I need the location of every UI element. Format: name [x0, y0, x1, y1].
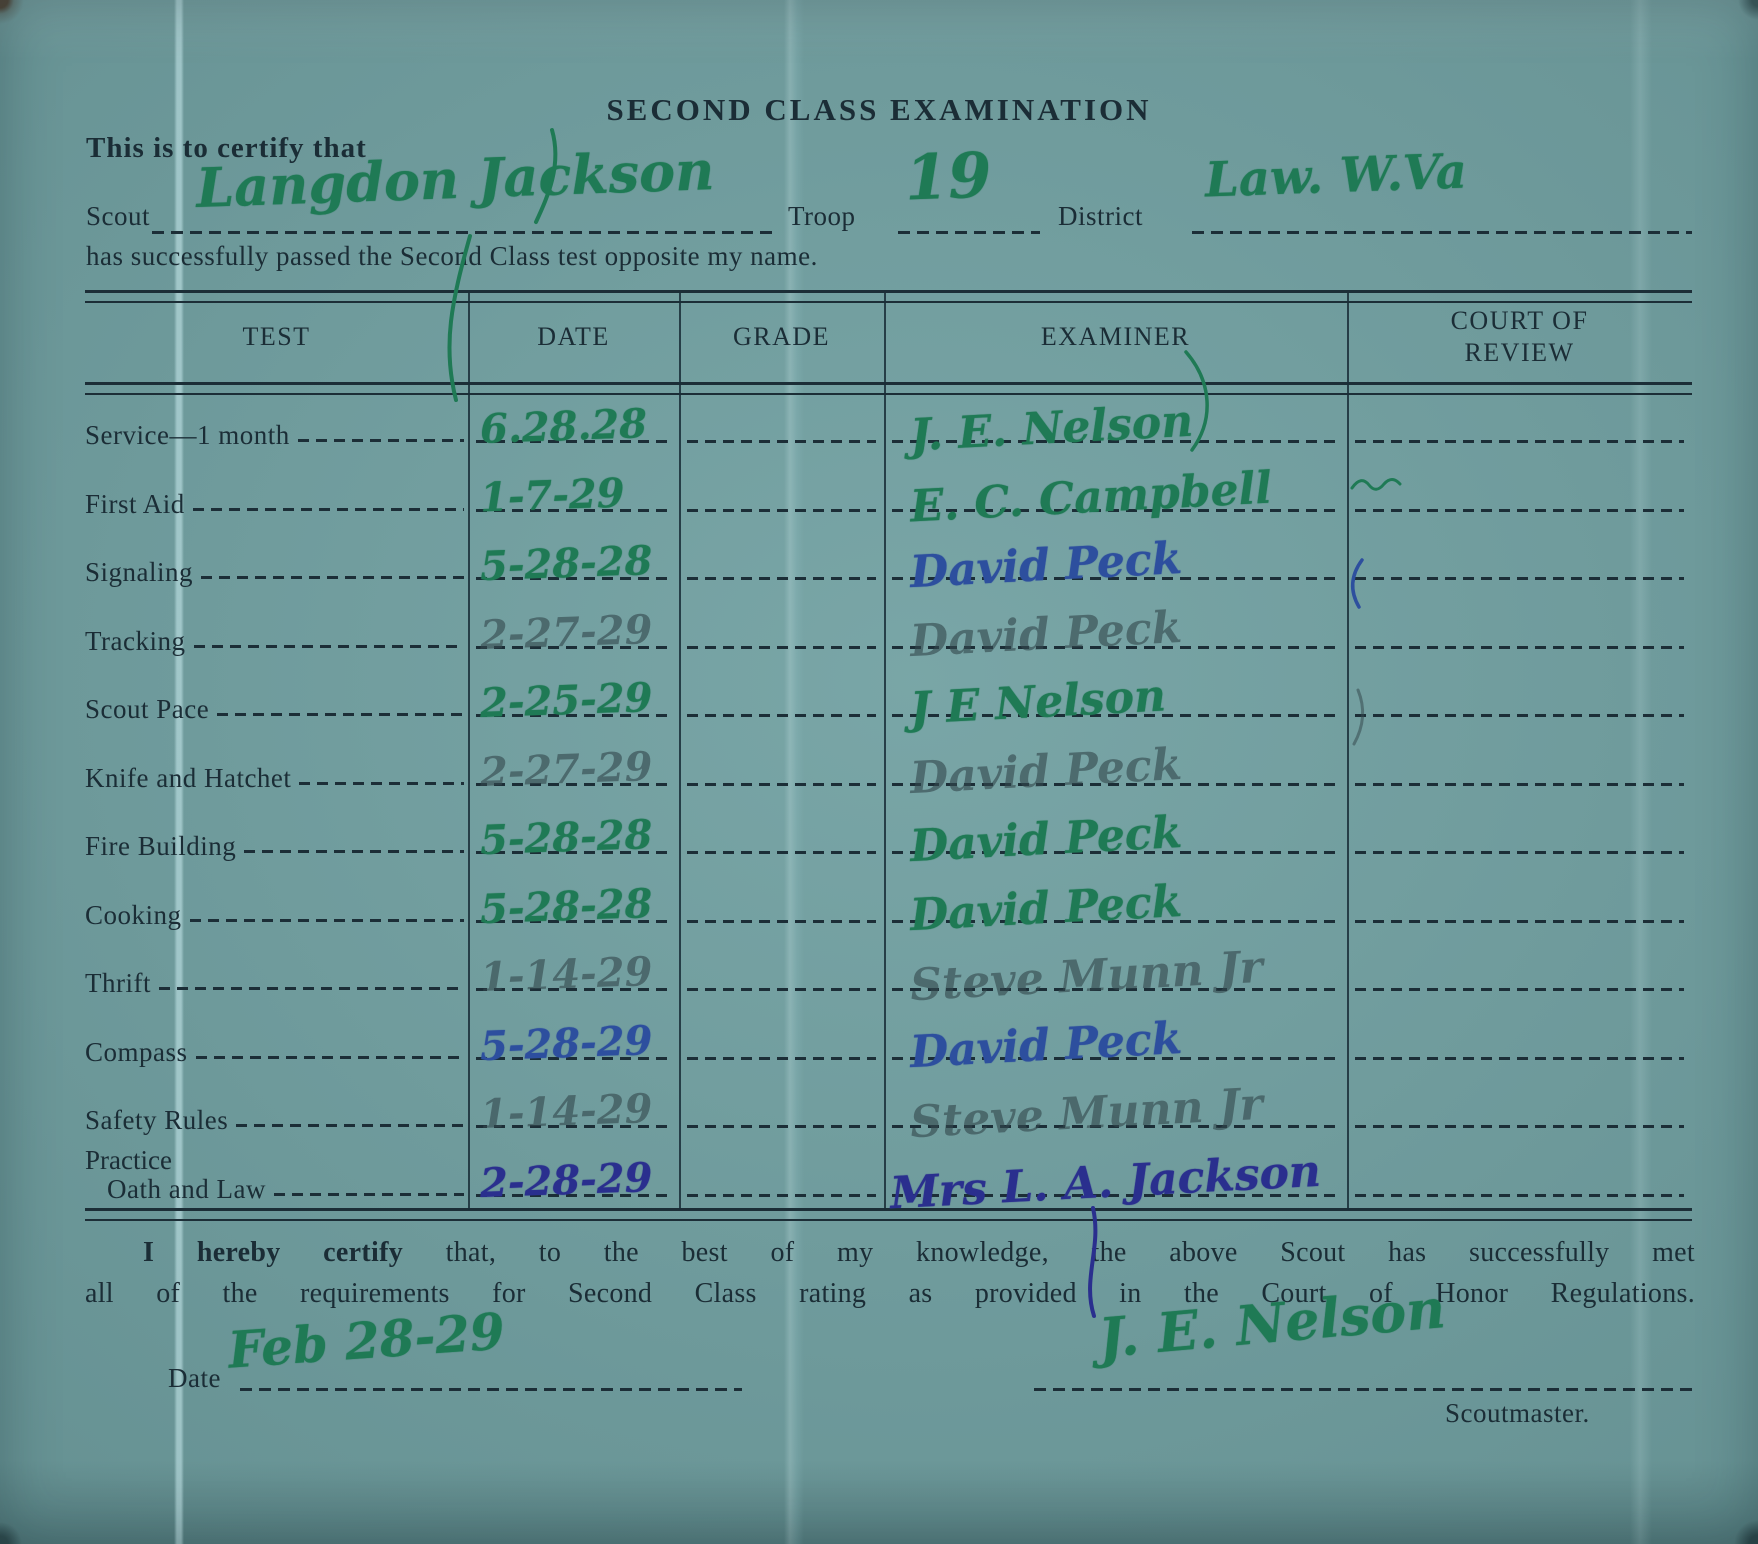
- dashed-leader: [1355, 988, 1684, 991]
- dashed-leader: [236, 1124, 464, 1127]
- date-entry: 2-25-29: [479, 678, 653, 724]
- dashed-leader: [687, 440, 876, 443]
- worn-corner: [1712, 0, 1758, 46]
- date-entry: 1-14-29: [479, 952, 653, 998]
- dashed-leader: [1355, 920, 1684, 923]
- dashed-leader: [1355, 1194, 1684, 1197]
- dashed-leader: [1355, 440, 1684, 443]
- dashed-leader: [687, 1194, 876, 1197]
- dashed-leader: [298, 439, 464, 442]
- dashed-leader: [190, 919, 464, 922]
- date-entry: 6.28.28: [479, 404, 647, 450]
- page-title: SECOND CLASS EXAMINATION: [0, 92, 1758, 128]
- dashed-leader: [687, 577, 876, 580]
- table-row: Scout Pace 2-25-29 J E Nelson: [85, 660, 1692, 729]
- table-row: Thrift 1-14-29 Steve Munn Jr: [85, 934, 1692, 1003]
- scout-name: Langdon Jackson: [195, 143, 715, 215]
- dashed-leader: [1355, 783, 1684, 786]
- date-entry: 1-7-29: [479, 473, 625, 518]
- examiner-signature: David Peck: [909, 811, 1183, 869]
- dashed-leader: [1355, 509, 1684, 512]
- troop-label: Troop: [788, 201, 856, 232]
- dashed-leader: [1355, 1057, 1684, 1060]
- second-class-examination-card: SECOND CLASS EXAMINATION This is to cert…: [0, 0, 1758, 1544]
- dashed-leader: [687, 509, 876, 512]
- district-label: District: [1058, 201, 1143, 232]
- table-row: Signaling 5-28-28 David Peck: [85, 523, 1692, 592]
- dashed-leader: [194, 645, 464, 648]
- worn-corner: [0, 0, 46, 46]
- dashed-leader: [217, 713, 464, 716]
- examiner-signature: Steve Munn Jr: [909, 946, 1264, 1008]
- dashed-leader: [687, 714, 876, 717]
- column-header-grade: GRADE: [679, 290, 884, 384]
- scoutmaster-label: Scoutmaster.: [1445, 1398, 1590, 1429]
- table-row: Tracking 2-27-29 David Peck: [85, 592, 1692, 661]
- examiner-signature: Mrs L. A. Jackson: [889, 1150, 1322, 1216]
- dashed-leader: [1355, 714, 1684, 717]
- worn-corner: [0, 1498, 46, 1544]
- dashed-leader: [687, 851, 876, 854]
- test-label: Knife and Hatchet: [85, 765, 291, 792]
- scout-label: Scout: [86, 201, 150, 232]
- date-label: Date: [168, 1363, 221, 1394]
- test-label: Tracking: [85, 628, 186, 655]
- dashed-leader: [274, 1193, 464, 1196]
- examiner-signature: David Peck: [909, 743, 1183, 801]
- test-label-line2: Oath and Law: [85, 1176, 266, 1203]
- test-label: First Aid: [85, 491, 185, 518]
- table-row: Compass 5-28-29 David Peck: [85, 1003, 1692, 1072]
- table-row: Knife and Hatchet 2-27-29 David Peck: [85, 729, 1692, 798]
- dashed-leader: [201, 576, 464, 579]
- dashed-leader: [687, 920, 876, 923]
- test-label: Compass: [85, 1039, 188, 1066]
- table-row: Practice Oath and Law 2-28-29 Mrs L. A. …: [85, 1140, 1692, 1209]
- column-header-court-of-review: COURT OF REVIEW: [1347, 290, 1692, 384]
- examiner-signature: J. E. Nelson: [909, 400, 1194, 459]
- district-line: [1192, 231, 1692, 234]
- table-row: Cooking 5-28-28 David Peck: [85, 866, 1692, 935]
- test-label: Practice: [85, 1145, 468, 1176]
- column-header-date: DATE: [468, 290, 679, 384]
- dashed-leader: [244, 850, 464, 853]
- certification-paragraph: I hereby certify that, to the best of my…: [85, 1232, 1695, 1314]
- dashed-leader: [196, 1056, 464, 1059]
- court-of-review-line2: REVIEW: [1464, 337, 1574, 370]
- signature-line: [1034, 1388, 1694, 1391]
- examiner-signature: E. C. Campbell: [909, 467, 1273, 530]
- table-row: Service—1 month 6.28.28 J. E. Nelson: [85, 386, 1692, 455]
- column-header-examiner: EXAMINER: [884, 290, 1347, 384]
- table-row: Fire Building 5-28-28 David Peck: [85, 797, 1692, 866]
- column-header-test: TEST: [85, 290, 468, 384]
- passed-statement: has successfully passed the Second Class…: [86, 241, 818, 272]
- date-entry: 2-27-29: [479, 747, 653, 793]
- test-label: Scout Pace: [85, 696, 209, 723]
- dashed-leader: [687, 988, 876, 991]
- date-entry: 5-28-29: [479, 1021, 653, 1067]
- worn-corner: [1712, 1498, 1758, 1544]
- examiner-signature: J E Nelson: [909, 674, 1167, 731]
- dashed-leader: [687, 1057, 876, 1060]
- test-label: Signaling: [85, 559, 193, 586]
- dashed-leader: [687, 646, 876, 649]
- dashed-leader: [1355, 1125, 1684, 1128]
- test-label: Service—1 month: [85, 422, 290, 449]
- test-label: Safety Rules: [85, 1107, 228, 1134]
- dashed-leader: [1355, 577, 1684, 580]
- dashed-leader: [159, 987, 464, 990]
- troop-line: [898, 231, 1040, 234]
- table-row: Safety Rules 1-14-29 Steve Munn Jr: [85, 1071, 1692, 1140]
- date-entry: 5-28-28: [479, 884, 653, 930]
- scout-name-line: [152, 231, 778, 234]
- test-label: Cooking: [85, 902, 182, 929]
- examiner-signature: Steve Munn Jr: [909, 1083, 1264, 1145]
- date-entry: 5-28-28: [479, 815, 653, 861]
- table-bottom-rule: [85, 1208, 1692, 1221]
- examiner-signature: David Peck: [909, 880, 1183, 938]
- date-line: [240, 1388, 742, 1391]
- certification-line2: all of the requirements for Second Class…: [85, 1273, 1695, 1314]
- troop-number: 19: [904, 145, 992, 210]
- test-label: Thrift: [85, 970, 151, 997]
- dashed-leader: [299, 782, 464, 785]
- examination-table: TEST DATE GRADE EXAMINER COURT OF REVIEW…: [85, 290, 1692, 1217]
- date-entry: 2-27-29: [479, 610, 653, 656]
- dashed-leader: [687, 1125, 876, 1128]
- dashed-leader: [1355, 851, 1684, 854]
- examiner-signature: David Peck: [909, 1017, 1183, 1075]
- test-label: Fire Building: [85, 833, 236, 860]
- examiner-signature: David Peck: [909, 537, 1183, 595]
- dashed-leader: [687, 783, 876, 786]
- certification-lead: I hereby certify: [143, 1237, 403, 1268]
- date-entry: 1-14-29: [479, 1089, 653, 1135]
- table-row: First Aid 1-7-29 E. C. Campbell: [85, 455, 1692, 524]
- district-value: Law. W.Va: [1204, 147, 1467, 204]
- dashed-leader: [193, 508, 464, 511]
- date-value: Feb 28-29: [227, 1306, 507, 1375]
- dashed-leader: [1355, 646, 1684, 649]
- certification-rest: that, to the best of my knowledge, the a…: [403, 1237, 1695, 1268]
- date-entry: 2-28-29: [479, 1158, 653, 1204]
- date-entry: 5-28-28: [479, 541, 653, 587]
- examiner-signature: David Peck: [909, 606, 1183, 664]
- court-of-review-line1: COURT OF: [1451, 305, 1589, 338]
